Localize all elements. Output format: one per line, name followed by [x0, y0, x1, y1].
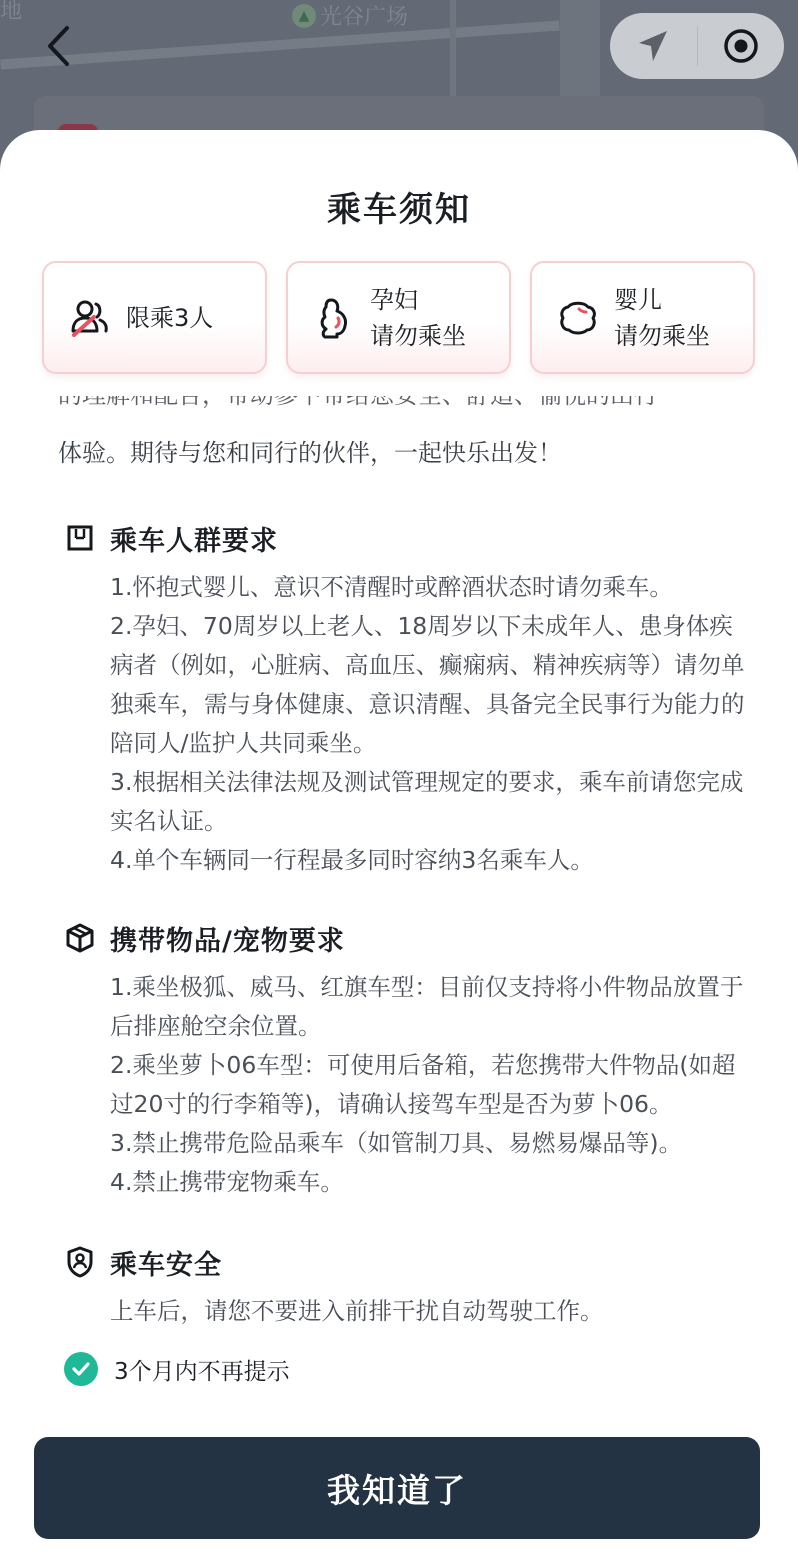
sheet-title: 乘车须知 — [0, 182, 798, 231]
tag-label-line2: 请勿乘坐 — [370, 318, 466, 354]
dont-remind-checkbox[interactable]: 3个月内不再提示 — [64, 1352, 290, 1386]
infant-icon — [558, 296, 598, 340]
section-title: 携带物品/宠物要求 — [110, 919, 345, 958]
map-controls — [610, 13, 784, 79]
checkmark-icon[interactable] — [64, 1352, 98, 1386]
rule-item: 上车后，请您不要进入前排干扰自动驾驶工作。 — [110, 1292, 754, 1331]
rule-item: 1.乘坐极狐、威马、红旗车型：目前仅支持将小件物品放置于后排座舱空余位置。 — [110, 968, 754, 1046]
section-title: 乘车人群要求 — [110, 519, 278, 558]
intro-text: 体验。期待与您和同行的伙伴，一起快乐出发！ — [58, 434, 758, 472]
tag-no-infant: 婴儿 请勿乘坐 — [530, 261, 755, 374]
shield-person-icon — [64, 1246, 96, 1278]
section-title: 乘车安全 — [110, 1243, 222, 1282]
map-label: 地 — [0, 0, 22, 25]
passenger-group-icon — [64, 522, 96, 554]
tag-no-pregnant: 孕妇 请勿乘坐 — [286, 261, 511, 374]
intro-text-partial: 的理解和配合，带动参下带给您安全、舒适、愉悦的出行 — [58, 396, 758, 418]
rule-item: 4.单个车辆同一行程最多同时容纳3名乘车人。 — [110, 841, 754, 880]
target-locate-icon — [723, 28, 759, 64]
section-items-pets: 携带物品/宠物要求 1.乘坐极狐、威马、红旗车型：目前仅支持将小件物品放置于后排… — [64, 918, 754, 1202]
map-poi[interactable]: ▲ 光谷广场 — [292, 0, 408, 31]
back-button[interactable] — [38, 24, 78, 68]
navigate-button[interactable] — [610, 13, 697, 79]
tag-label: 限乘3人 — [126, 300, 213, 336]
dont-remind-label: 3个月内不再提示 — [114, 1353, 290, 1386]
tag-passenger-limit: 限乘3人 — [42, 261, 267, 374]
rule-item: 4.禁止携带宠物乘车。 — [110, 1163, 754, 1202]
navigation-arrow-icon — [637, 29, 669, 63]
rule-item: 2.孕妇、70周岁以上老人、18周岁以下未成年人、患身体疾病者（例如，心脏病、高… — [110, 607, 754, 763]
tag-label-line1: 孕妇 — [370, 282, 466, 318]
ride-notice-sheet: 乘车须知 限乘3人 孕妇 — [0, 130, 798, 1553]
tag-label-line1: 婴儿 — [614, 282, 710, 318]
map-road — [0, 20, 559, 69]
restriction-tags: 限乘3人 孕妇 请勿乘坐 婴儿 — [42, 261, 755, 374]
rule-item: 3.根据相关法律法规及测试管理规定的要求，乘车前请您完成实名认证。 — [110, 763, 754, 841]
pregnant-icon — [314, 296, 354, 340]
package-box-icon — [64, 922, 96, 954]
confirm-button[interactable]: 我知道了 — [34, 1437, 760, 1539]
locate-button[interactable] — [698, 13, 785, 79]
section-passenger-requirements: 乘车人群要求 1.怀抱式婴儿、意识不清醒时或醉酒状态时请勿乘车。 2.孕妇、70… — [64, 518, 754, 880]
rule-item: 3.禁止携带危险品乘车（如管制刀具、易燃易爆品等)。 — [110, 1124, 754, 1163]
no-extra-passenger-icon — [70, 296, 110, 340]
tag-label-line2: 请勿乘坐 — [614, 318, 710, 354]
rule-item: 1.怀抱式婴儿、意识不清醒时或醉酒状态时请勿乘车。 — [110, 568, 754, 607]
poi-label: 光谷广场 — [320, 0, 408, 31]
chevron-left-icon — [45, 25, 71, 67]
section-ride-safety: 乘车安全 上车后，请您不要进入前排干扰自动驾驶工作。 — [64, 1242, 754, 1331]
rule-item: 2.乘坐萝卜06车型：可使用后备箱，若您携带大件物品(如超过20寸的行李箱等)，… — [110, 1046, 754, 1124]
tree-icon: ▲ — [292, 4, 316, 28]
